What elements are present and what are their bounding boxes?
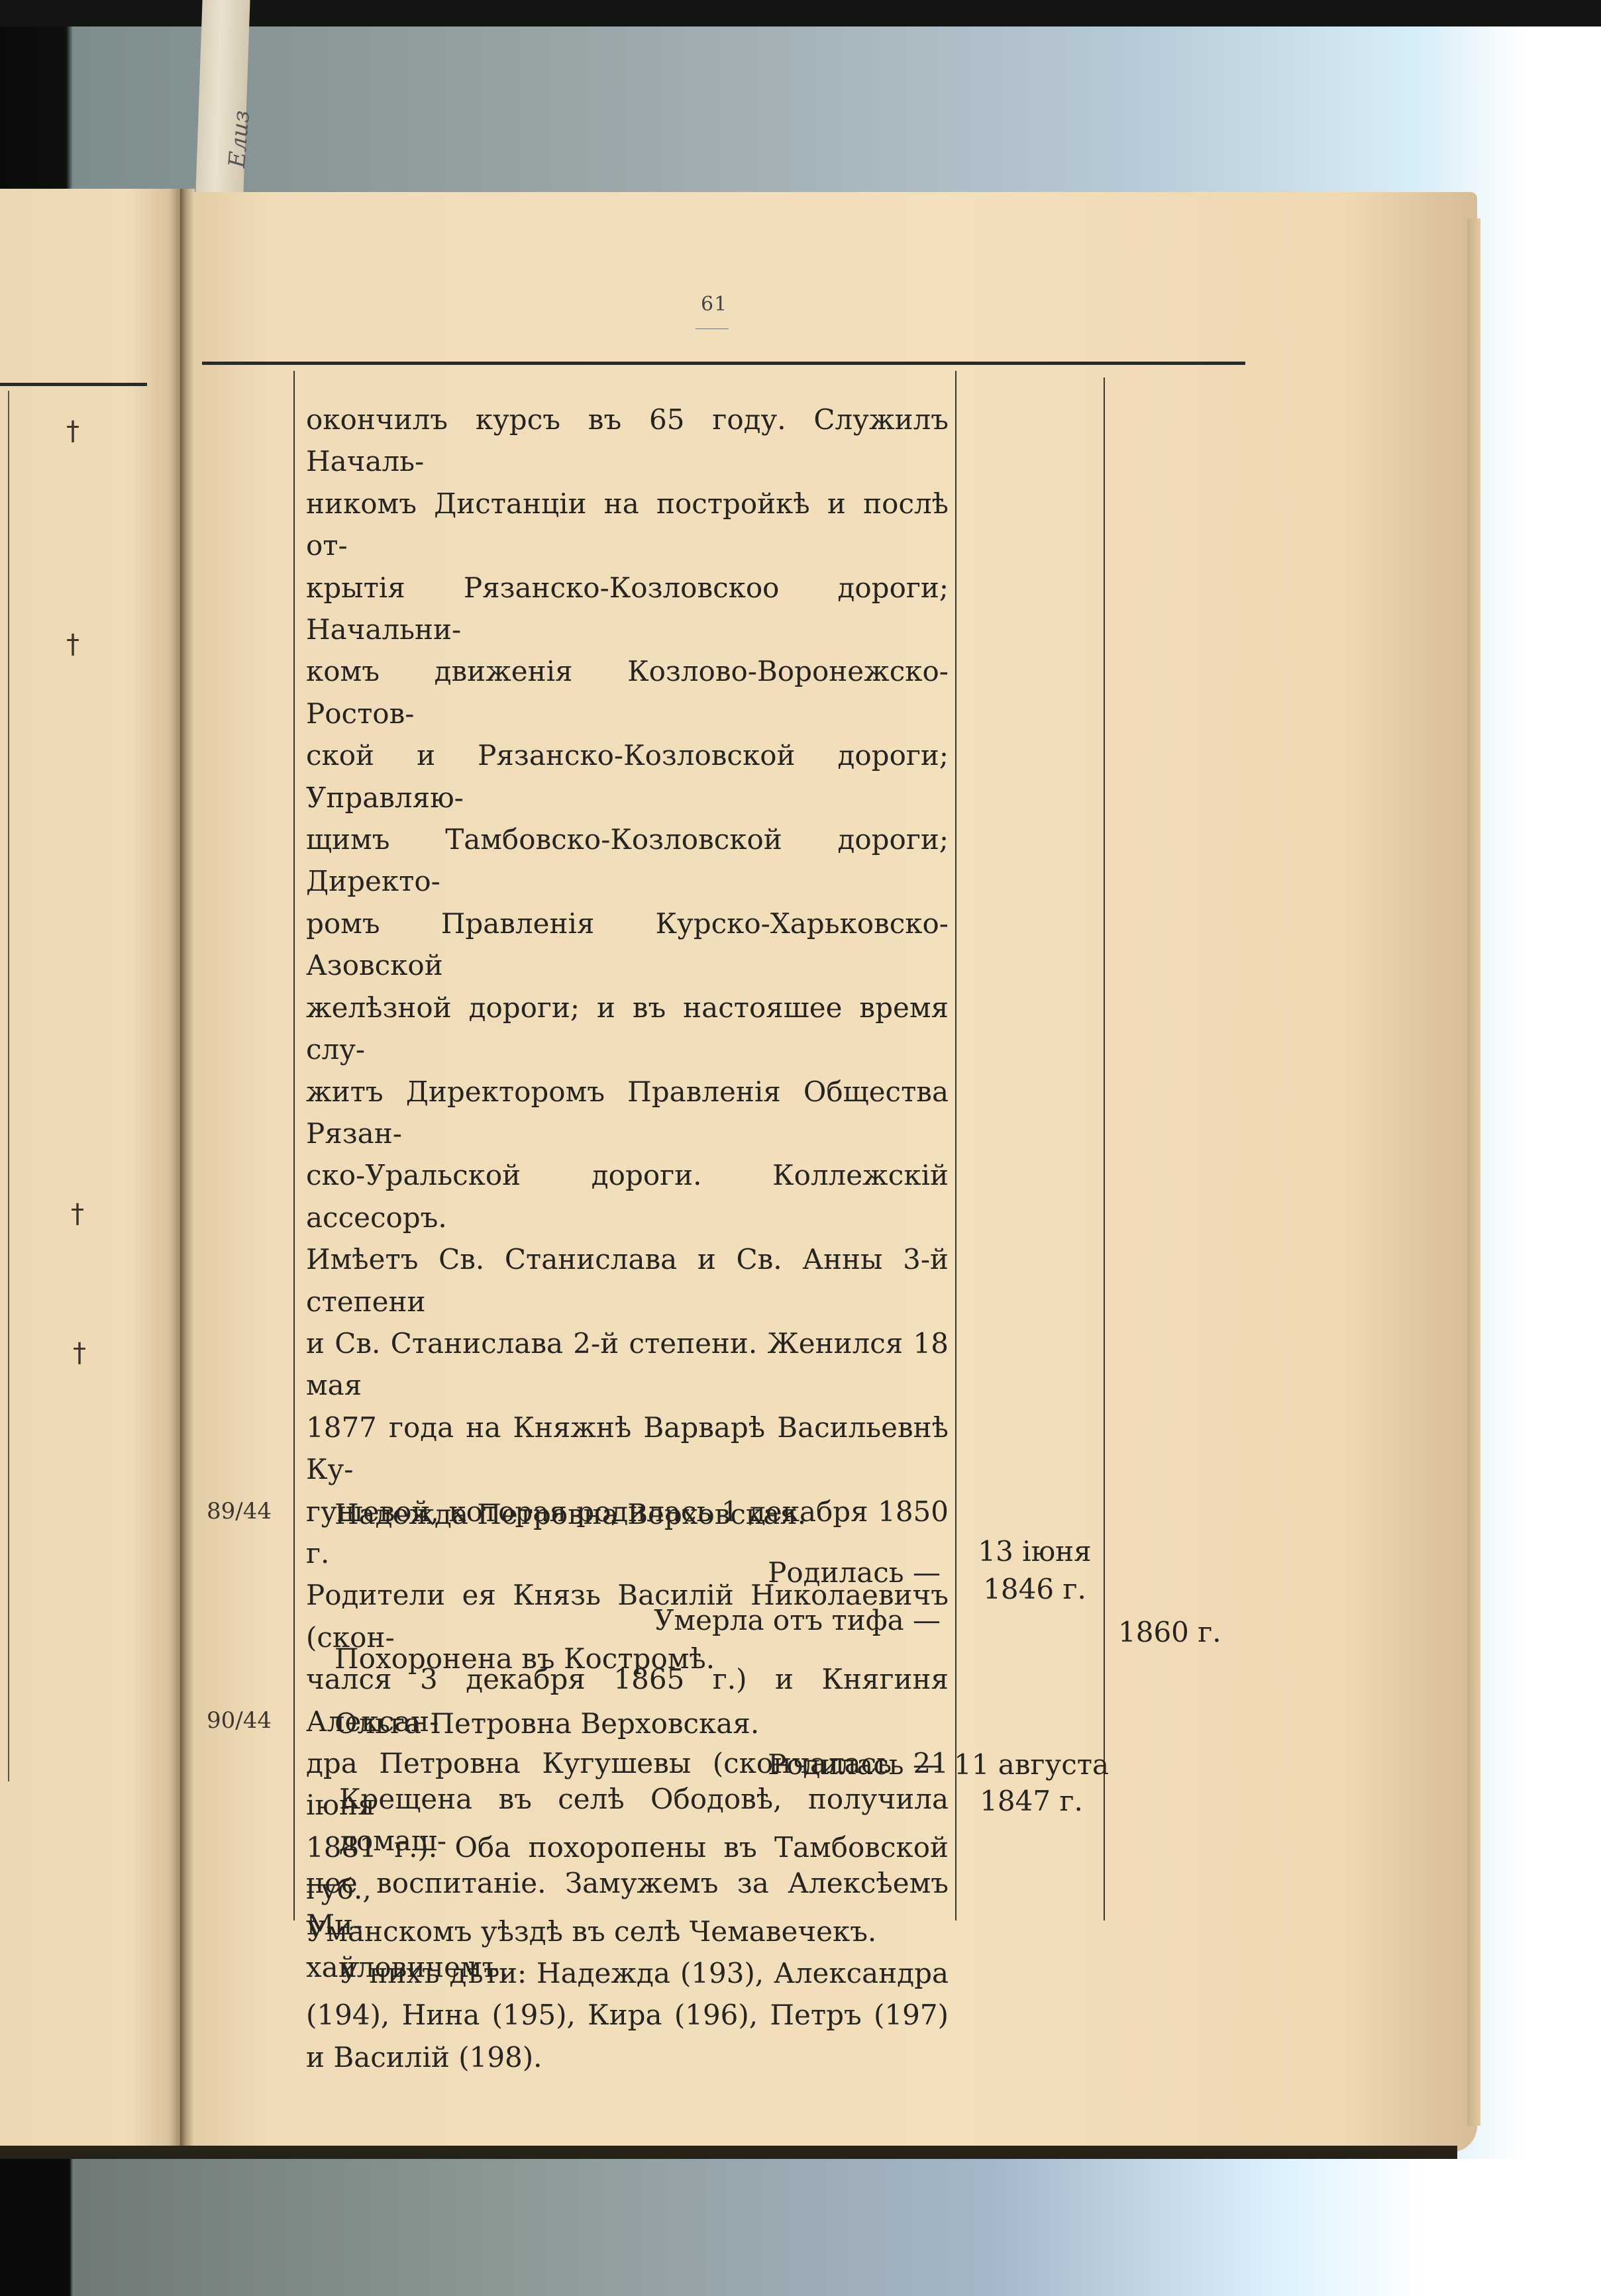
left-page-header-rule [0, 383, 147, 386]
text-line: щимъ Тамбовско-Козловской дороги; Директ… [306, 819, 949, 903]
burial-place: Похоронена въ Костромѣ. [335, 1642, 715, 1675]
entry-number: 89/44 [207, 1498, 272, 1524]
text-line: нее воспитаніе. Замужемъ за Алексѣемъ Ми… [306, 1862, 949, 1946]
page-number-rule [696, 328, 729, 329]
children-line: и Василій (198). [306, 2036, 949, 2078]
page-number: 61 [701, 293, 727, 316]
text-line: 1877 года на Княжнѣ Варварѣ Васильевнѣ К… [306, 1407, 949, 1491]
text-line: ско-Уральской дороги. Коллежскій ассесор… [306, 1154, 949, 1238]
text-line: житъ Директоромъ Правленія Общества Ряза… [306, 1071, 949, 1155]
cross-icon: † [66, 416, 79, 446]
text-line: ромъ Правленія Курско-Харьковско-Азовско… [306, 903, 949, 987]
column-line-text [955, 371, 956, 1921]
text-line: крытія Рязанско-Козловскоо дороги; Начал… [306, 567, 949, 651]
book-spine [180, 189, 195, 2159]
entry-number: 90/44 [207, 1707, 272, 1734]
children-line: (194), Нина (195), Кира (196), Петръ (19… [306, 1994, 949, 2036]
entry-notes: Крещена въ селѣ Ободовѣ, получила домаш-… [306, 1778, 949, 1988]
text-line: Имѣетъ Св. Станислава и Св. Анны 3-й сте… [306, 1238, 949, 1323]
page-stack-edge [1467, 219, 1480, 2126]
bookmark-handwriting: Елиз [224, 109, 255, 169]
born-date: 11 августа [949, 1748, 1114, 1781]
header-rule [202, 362, 1245, 365]
text-line: никомъ Дистанціи на постройкѣ и послѣ от… [306, 483, 949, 567]
born-label: Родилась — [596, 1556, 941, 1589]
born-date: 13 іюня [968, 1535, 1101, 1568]
entry-name: Ольга Петровна Верховская. [335, 1707, 759, 1740]
paper-bookmark-strip [195, 0, 250, 212]
born-label: Родилась — [596, 1748, 941, 1781]
text-line: хайловичемъ. [306, 1946, 949, 1988]
text-line: Крещена въ селѣ Ободовѣ, получила домаш- [306, 1778, 949, 1862]
cross-icon: † [71, 1199, 84, 1229]
text-line: окончилъ курсъ въ 65 году. Служилъ Начал… [306, 399, 949, 483]
column-line-dates [1104, 377, 1105, 1921]
text-line: комъ движенія Козлово-Воронежско-Ростов- [306, 650, 949, 734]
born-year: 1846 г. [968, 1573, 1101, 1605]
text-line: желѣзной дороги; и въ настояшее время сл… [306, 987, 949, 1071]
scanner-bottom-edge [0, 2159, 1601, 2296]
died-year: 1860 г. [1118, 1616, 1221, 1648]
left-page [0, 189, 184, 2159]
born-year: 1847 г. [949, 1785, 1114, 1817]
text-line: ской и Рязанско-Козловской дороги; Управ… [306, 734, 949, 819]
entry-name: Надежда Петровна Верховская. [335, 1498, 806, 1530]
left-page-column-line [8, 391, 9, 1781]
cross-icon: † [73, 1338, 86, 1368]
text-line: и Св. Станислава 2-й степени. Женился 18… [306, 1323, 949, 1407]
column-line-number [293, 371, 295, 1921]
cross-icon: † [66, 629, 79, 660]
died-label: Умерла отъ тифа — [530, 1604, 941, 1636]
